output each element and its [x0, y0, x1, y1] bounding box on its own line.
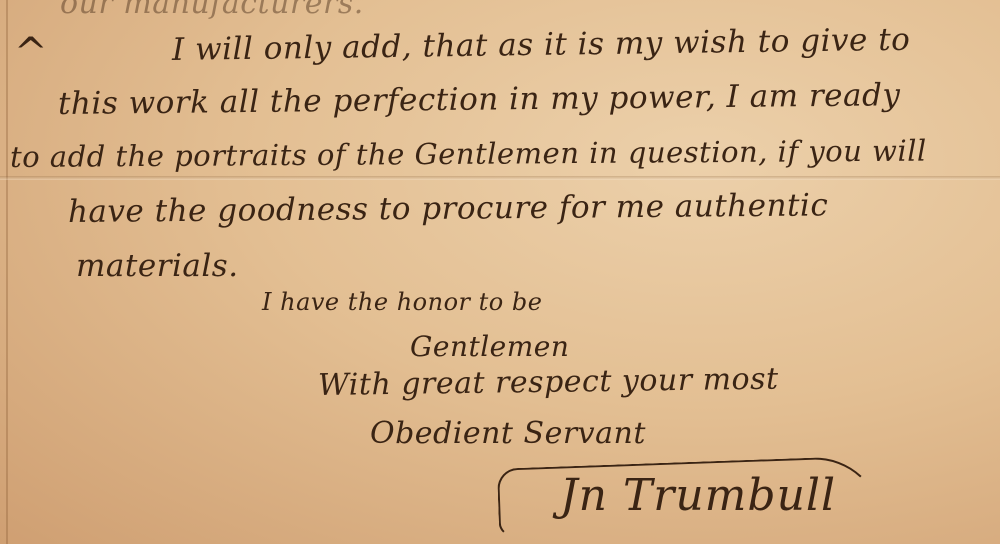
closing-line-0: I have the honor to be: [262, 288, 542, 316]
letter-line-2: this work all the perfection in my power…: [58, 77, 901, 122]
paper-fold: [0, 176, 1000, 180]
letter-page: ^ our manufacturers. I will only add, th…: [0, 0, 1000, 544]
signature: Jn Trumbull: [560, 470, 836, 521]
letter-line-3: to add the portraits of the Gentlemen in…: [10, 134, 927, 174]
closing-line-3: Obedient Servant: [370, 416, 646, 451]
closing-line-1: Gentlemen: [410, 330, 569, 363]
letter-line-0: our manufacturers.: [60, 0, 364, 21]
letter-line-1: I will only add, that as it is my wish t…: [172, 22, 911, 68]
letter-line-5: materials.: [76, 248, 239, 284]
closing-line-2: With great respect your most: [318, 362, 779, 403]
margin-insertion-mark: ^: [14, 30, 48, 76]
page-edge: [6, 0, 8, 544]
letter-line-4: have the goodness to procure for me auth…: [68, 187, 829, 230]
